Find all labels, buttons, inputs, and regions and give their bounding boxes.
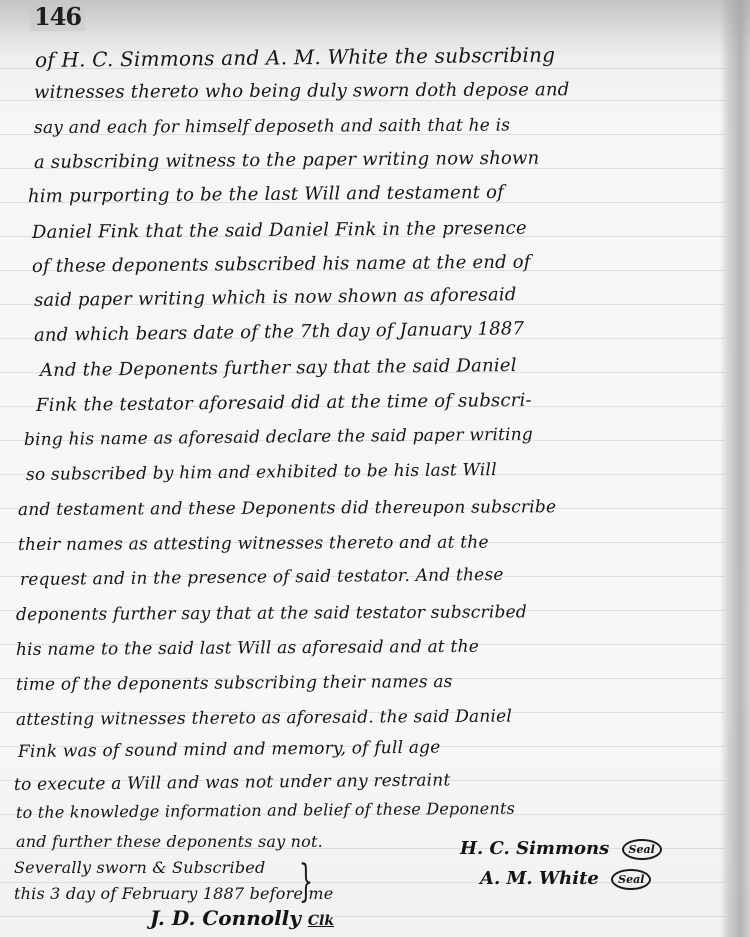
seal-mark: Seal <box>611 869 651 890</box>
jurat-line: this 3 day of February 1887 before me <box>14 884 333 903</box>
clerk-signature: J. D. Connolly Clk <box>150 906 334 930</box>
text-line: Fink the testator aforesaid did at the t… <box>36 390 532 416</box>
text-line: and testament and these Deponents did th… <box>18 497 556 520</box>
signature-name: J. D. Connolly <box>150 906 301 930</box>
jurat-line: Severally sworn & Subscribed <box>14 858 265 877</box>
text-line: so subscribed by him and exhibited to be… <box>26 460 497 485</box>
ruled-line <box>0 916 725 917</box>
text-line: and further these deponents say not. <box>16 832 323 851</box>
text-line: witnesses thereto who being duly sworn d… <box>34 79 570 103</box>
text-line: request and in the presence of said test… <box>20 565 504 590</box>
text-line: Fink was of sound mind and memory, of fu… <box>18 738 441 762</box>
text-line: Daniel Fink that the said Daniel Fink in… <box>32 218 527 243</box>
text-line: him purporting to be the last Will and t… <box>28 182 504 207</box>
signature-name: H. C. Simmons <box>460 838 609 859</box>
text-line: to the knowledge information and belief … <box>16 799 515 822</box>
text-line: deponents further say that at the said t… <box>16 602 527 625</box>
seal-mark: Seal <box>622 839 662 860</box>
witness-signature-white: A. M. White Seal <box>480 868 651 890</box>
text-line: attesting witnesses thereto as aforesaid… <box>16 707 512 730</box>
text-line: of these deponents subscribed his name a… <box>32 252 531 277</box>
text-line: their names as attesting witnesses there… <box>18 533 489 555</box>
text-line: say and each for himself deposeth and sa… <box>34 116 510 138</box>
witness-signature-simmons: H. C. Simmons Seal <box>460 838 662 860</box>
bracket-brace: } <box>299 856 313 907</box>
signature-name: A. M. White <box>480 868 599 889</box>
text-line: time of the deponents subscribing their … <box>16 672 453 695</box>
scanned-page: 146 of H. C. Simmons and A. M. White the… <box>0 0 750 937</box>
text-line: And the Deponents further say that the s… <box>40 355 517 381</box>
text-line: said paper writing which is now shown as… <box>34 284 517 311</box>
text-line: a subscribing witness to the paper writi… <box>34 148 540 173</box>
text-line: bing his name as aforesaid declare the s… <box>24 425 533 450</box>
officer-title: Clk <box>308 913 334 929</box>
text-line: to execute a Will and was not under any … <box>14 770 451 795</box>
page-number: 146 <box>30 2 85 31</box>
text-line: his name to the said last Will as afores… <box>16 637 479 660</box>
text-line: and which bears date of the 7th day of J… <box>34 318 524 346</box>
